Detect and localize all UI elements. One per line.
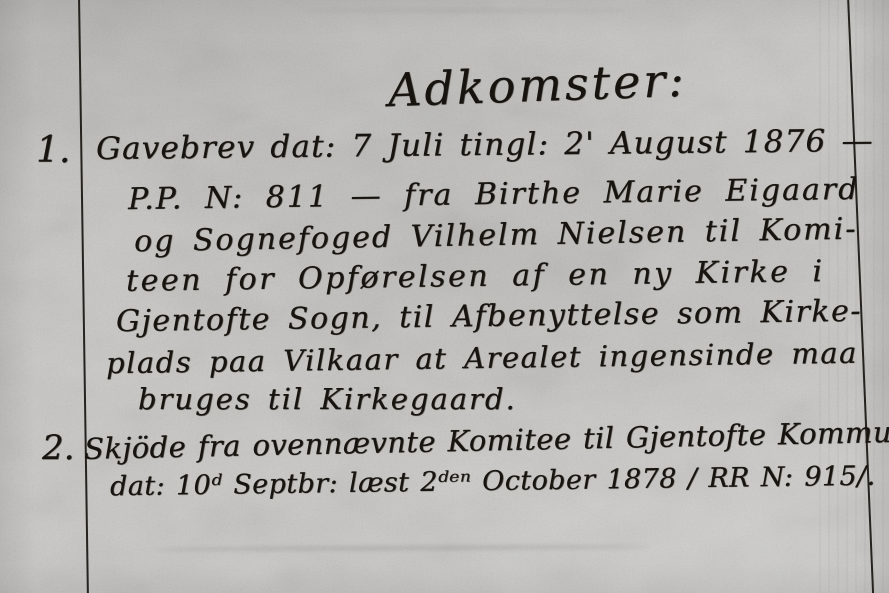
document-page: Adkomster: 1. Gavebrev dat: 7 Juli tingl… <box>0 0 889 593</box>
entry-2-number: 2. <box>42 428 74 468</box>
entry-1-number: 1. <box>36 130 70 171</box>
entry-1-line-7: bruges til Kirkegaard. <box>138 382 517 416</box>
page-title: Adkomster: <box>387 53 687 117</box>
